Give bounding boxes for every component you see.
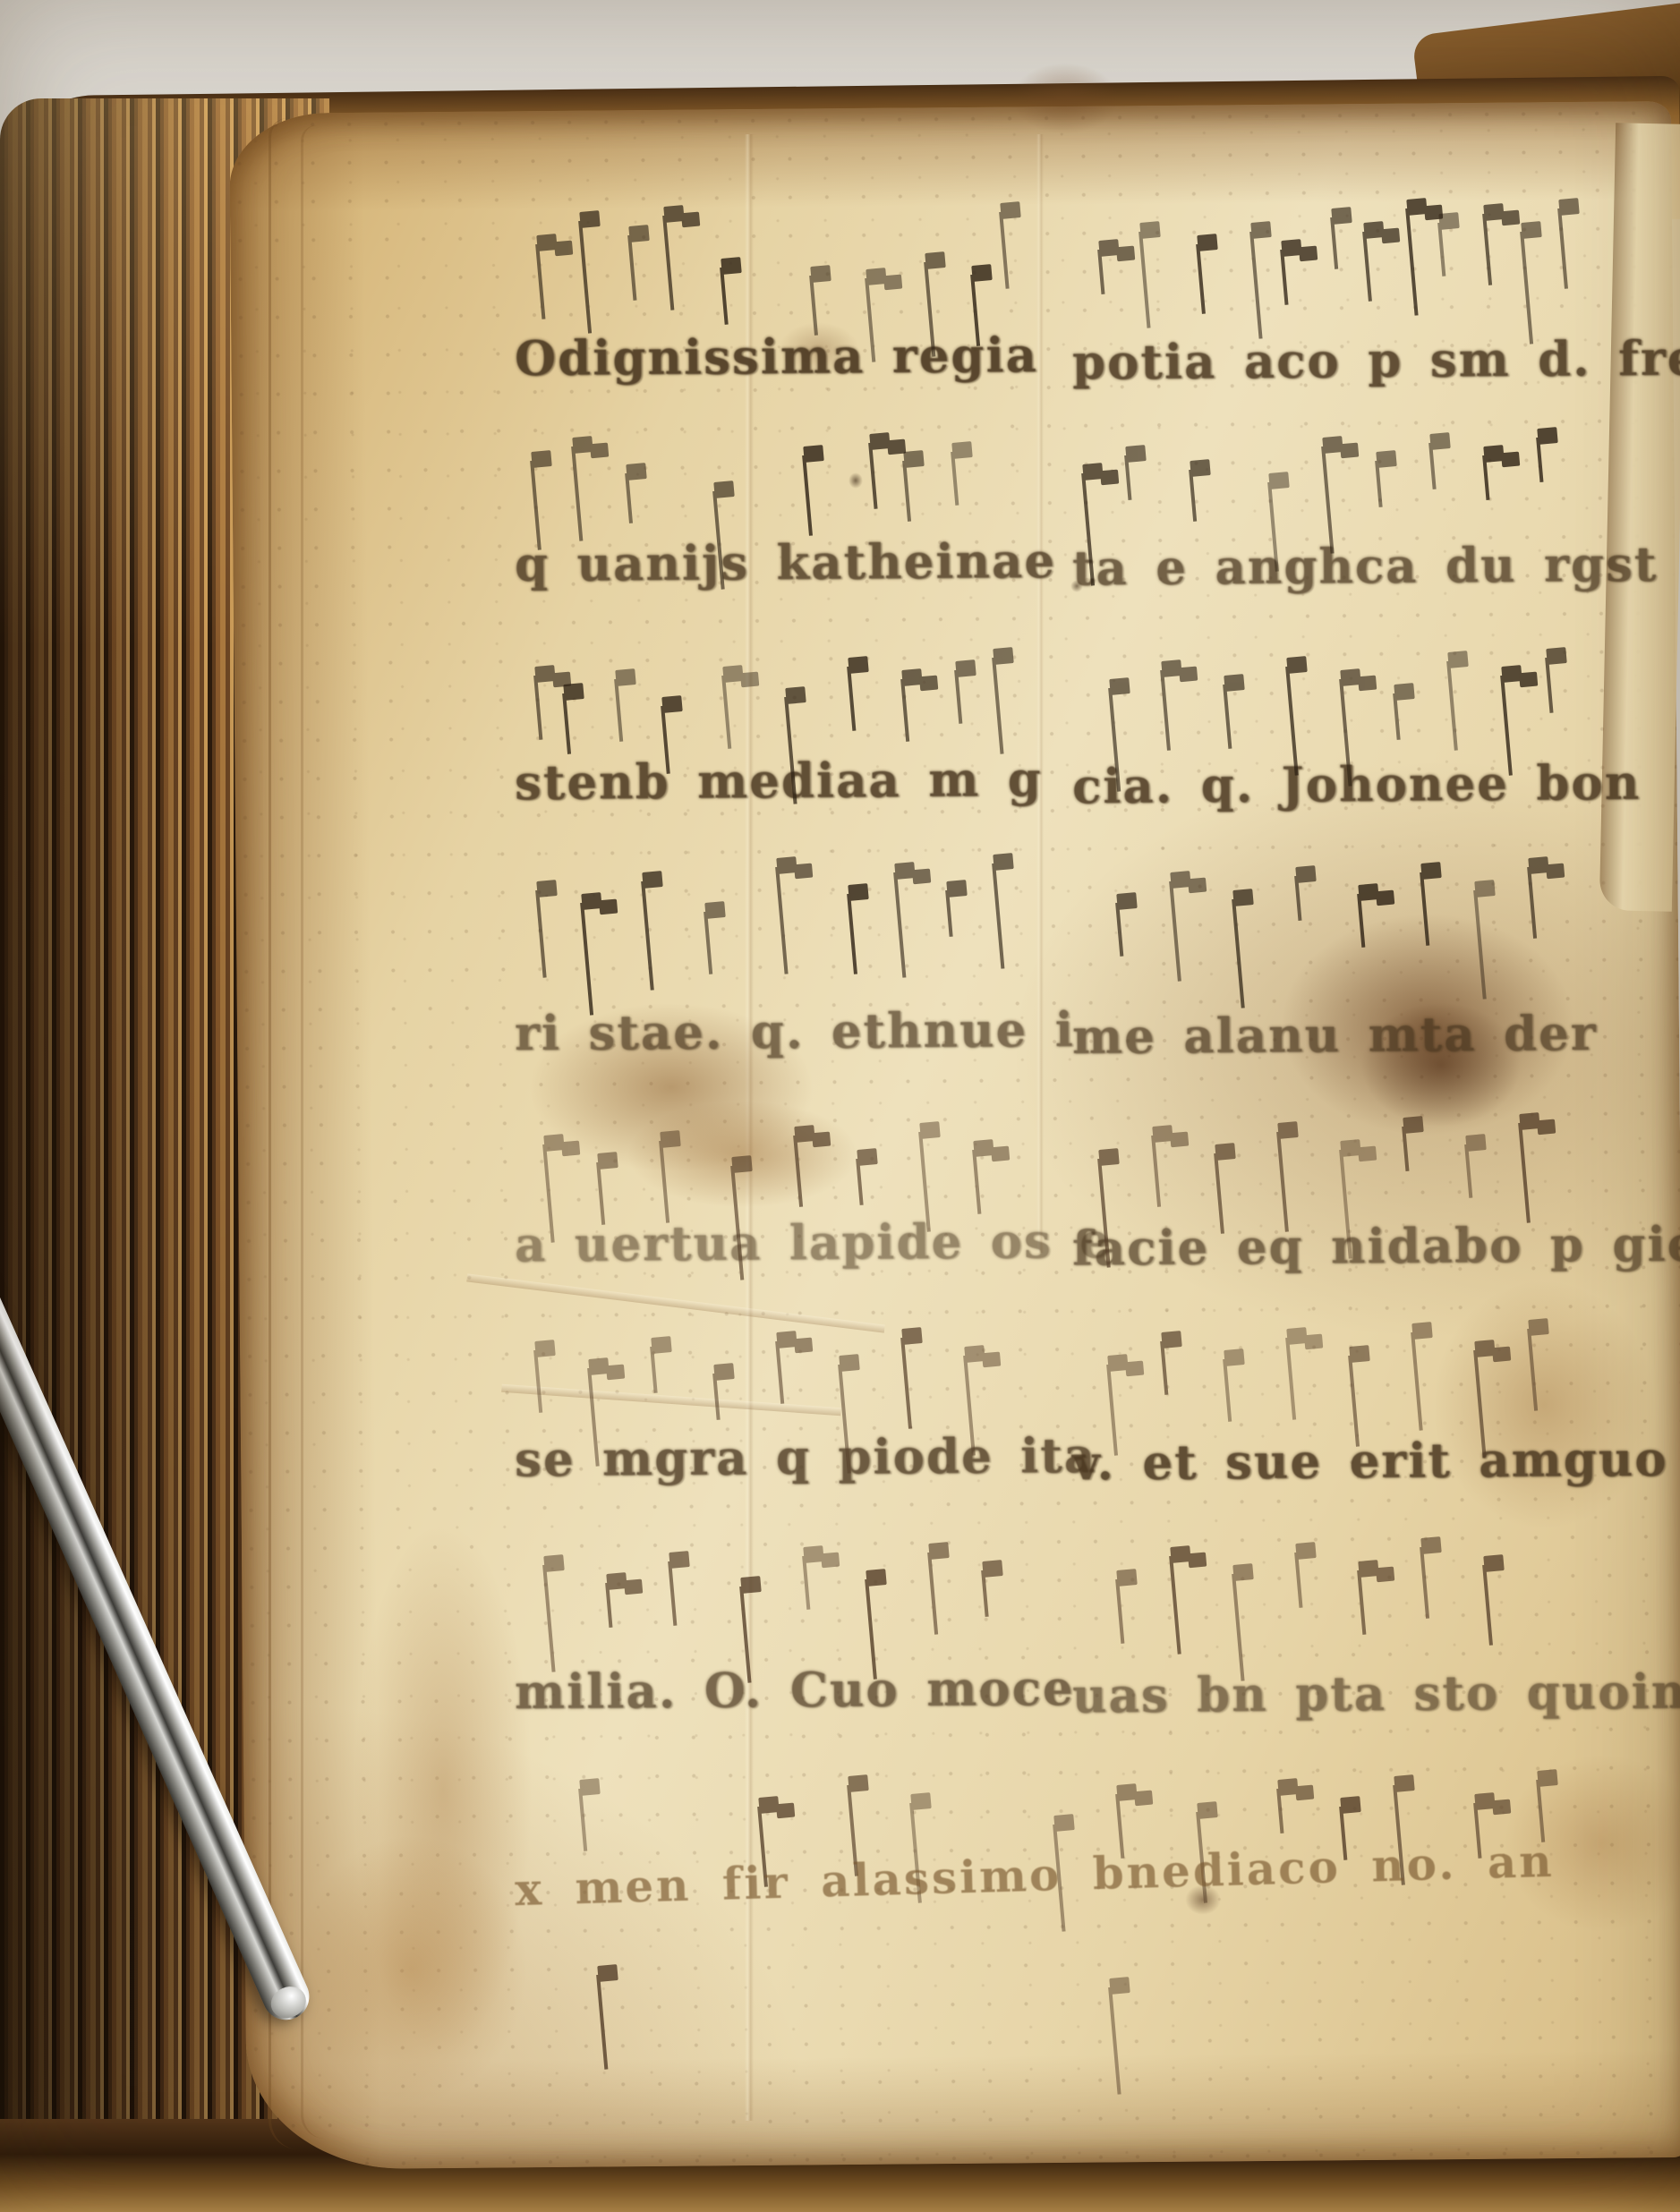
neume-mark: [839, 1354, 859, 1372]
neume-mark: [543, 1134, 564, 1152]
neume-mark: [951, 441, 972, 459]
neume-mark: [579, 1778, 600, 1796]
neume-mark: [810, 265, 831, 283]
neume-mark: [740, 1576, 761, 1594]
neume-mark: [1537, 427, 1557, 445]
neume-mark: [894, 862, 915, 880]
neume-mark: [1295, 1542, 1316, 1560]
neume-mark: [531, 450, 551, 468]
neume-mark: [1281, 239, 1301, 257]
neume-mark: [606, 1572, 627, 1590]
neume-mark: [1082, 463, 1103, 481]
neume-mark: [901, 668, 922, 686]
neume-mark: [928, 1542, 949, 1560]
neume-mark: [1152, 1125, 1173, 1143]
neume-mark: [1286, 656, 1307, 674]
neume-mark: [776, 1331, 797, 1348]
neume-mark: [1363, 221, 1384, 239]
neume-mark: [1232, 889, 1253, 906]
neume-mark: [1537, 1769, 1557, 1787]
neume-mark: [1521, 221, 1541, 239]
neume-mark: [721, 257, 741, 275]
neume-mark: [1376, 450, 1396, 468]
neume-mark: [1277, 1778, 1298, 1796]
underlying-leaf-edge: [301, 125, 325, 2139]
neume-mark: [1268, 472, 1289, 489]
neume-mark: [964, 1345, 985, 1363]
neume-mark: [572, 436, 593, 454]
neume-mark: [563, 683, 584, 701]
neume-mark: [794, 1125, 814, 1143]
neume-mark: [1411, 1322, 1432, 1340]
chant-text-line: se mgra q piode ita: [515, 1428, 1097, 1488]
neume-mark: [866, 1569, 886, 1587]
neume-mark: [1125, 445, 1146, 463]
chant-text-line: milia. O. Cuo moce: [515, 1661, 1075, 1720]
neume-mark: [1340, 1796, 1360, 1814]
parchment-stain: [1432, 1280, 1656, 1530]
neume-mark: [713, 481, 734, 498]
neume-mark: [713, 1363, 734, 1381]
neume-mark: [1358, 1560, 1378, 1578]
neume-mark: [1394, 683, 1414, 701]
chant-text-line: ta e anghca du rgst: [1072, 537, 1659, 597]
neume-mark: [848, 883, 868, 901]
neume-mark: [925, 251, 945, 269]
neume-mark: [1197, 1801, 1217, 1819]
chant-text-line: q uanijs katheinae: [515, 533, 1056, 592]
neume-mark: [1501, 665, 1522, 683]
neume-mark: [982, 1560, 1002, 1578]
neume-mark: [1224, 674, 1244, 692]
parchment-stain: [295, 1834, 528, 2103]
neume-mark: [1098, 239, 1119, 257]
chant-text-line: uas bn pta sto quoin: [1072, 1664, 1680, 1724]
neume-mark: [776, 856, 797, 874]
neume-mark: [536, 234, 557, 251]
neume-mark: [1116, 1569, 1137, 1587]
neume-mark: [1116, 892, 1137, 910]
neume-mark: [1483, 445, 1504, 463]
neume-mark: [971, 264, 992, 282]
neume-mark: [803, 1545, 823, 1563]
neume-mark: [1483, 203, 1504, 221]
neume-mark: [669, 1551, 689, 1569]
neume-mark: [919, 1121, 940, 1139]
neume-mark: [910, 1792, 931, 1810]
chant-text-line: stenb mediaa m g: [515, 752, 1043, 811]
neume-mark: [803, 445, 823, 463]
page-crease: [1036, 134, 1044, 1253]
parchment-stain: [849, 472, 863, 489]
neume-mark: [785, 686, 806, 704]
neume-mark: [588, 1357, 609, 1375]
neume-mark: [869, 432, 890, 450]
neume-mark: [973, 1139, 994, 1157]
chant-text-line: ri stae. q. ethnue i: [515, 1002, 1075, 1061]
neume-mark: [1161, 1331, 1181, 1348]
neume-mark: [642, 871, 662, 889]
neume-mark: [1340, 668, 1360, 686]
neume-mark: [663, 205, 684, 223]
neume-mark: [1286, 1327, 1307, 1345]
neume-mark: [993, 647, 1013, 665]
photo-of-manuscript: Odignissima regiaq uanijs katheinaestenb…: [0, 0, 1680, 2212]
neume-mark: [704, 901, 725, 919]
neume-mark: [1528, 1318, 1548, 1336]
underlying-leaf-edge: [269, 118, 298, 2149]
neume-mark: [955, 659, 976, 677]
chant-text-line: facie eq nidabo p gie: [1072, 1217, 1680, 1277]
neume-mark: [651, 1336, 671, 1354]
neume-mark: [903, 450, 924, 468]
neume-mark: [1438, 212, 1459, 230]
neume-mark: [1465, 1134, 1486, 1152]
neume-mark: [1322, 436, 1343, 454]
neume-mark: [579, 210, 600, 228]
chant-text-line: v. et sue erit amguo: [1072, 1432, 1668, 1492]
neume-mark: [946, 880, 967, 898]
neume-mark: [731, 1155, 752, 1173]
neume-mark: [1546, 647, 1566, 665]
neume-mark: [1483, 1554, 1504, 1572]
chant-text-line: me alanu mta der: [1072, 1006, 1598, 1065]
chant-text-line: cia. q. Johonee bon: [1072, 755, 1642, 814]
neume-mark: [1170, 1545, 1190, 1563]
chant-text-line: potia aco p sm d. fre: [1072, 331, 1680, 391]
neume-mark: [1394, 1774, 1414, 1792]
neume-mark: [1109, 1977, 1130, 1995]
neume-mark: [597, 1964, 618, 1982]
neume-mark: [1053, 1814, 1074, 1832]
neume-mark: [1170, 871, 1190, 889]
neume-mark: [1349, 1345, 1369, 1363]
neume-mark: [1403, 1116, 1423, 1134]
neume-mark: [615, 668, 635, 686]
neume-mark: [661, 695, 682, 713]
neume-mark: [1161, 659, 1181, 677]
neume-mark: [1116, 1783, 1137, 1801]
neume-mark: [1215, 1143, 1235, 1161]
neume-mark: [1474, 880, 1495, 898]
neume-mark: [1139, 221, 1160, 239]
neume-mark: [1340, 1139, 1360, 1157]
neume-mark: [1474, 1792, 1495, 1810]
neume-mark: [1277, 1121, 1298, 1139]
neume-mark: [1558, 198, 1579, 216]
neume-mark: [758, 1796, 779, 1814]
neume-mark: [628, 225, 649, 242]
neume-mark: [1519, 1112, 1539, 1130]
neume-mark: [1528, 856, 1548, 874]
neume-mark: [536, 880, 557, 898]
neume-mark: [1250, 221, 1271, 239]
neume-mark: [1474, 1340, 1495, 1357]
neume-mark: [1420, 1536, 1441, 1554]
neume-mark: [901, 1327, 922, 1345]
neume-mark: [722, 665, 743, 683]
neume-mark: [1447, 651, 1468, 668]
neume-mark: [1000, 201, 1020, 219]
neume-mark: [1109, 677, 1130, 695]
parchment-stain: [1011, 63, 1119, 134]
neume-mark: [1107, 1354, 1128, 1372]
neume-mark: [1406, 198, 1427, 216]
neume-mark: [1098, 1148, 1119, 1166]
neume-mark: [626, 463, 646, 481]
neume-mark: [597, 1152, 618, 1170]
neume-mark: [1232, 1563, 1253, 1581]
neume-mark: [581, 892, 601, 910]
neume-mark: [543, 1554, 564, 1572]
neume-mark: [848, 656, 868, 674]
neume-mark: [848, 1774, 868, 1792]
neume-mark: [1190, 459, 1210, 477]
neume-mark: [534, 665, 555, 683]
neume-mark: [1224, 1348, 1244, 1366]
neume-mark: [1331, 207, 1352, 225]
neume-mark: [1358, 883, 1378, 901]
neume-mark: [534, 1340, 555, 1357]
neume-mark: [866, 268, 886, 285]
neume-mark: [1197, 234, 1217, 251]
neume-mark: [1429, 432, 1450, 450]
neume-mark: [660, 1130, 680, 1148]
chant-text-line: Odignissima regia: [515, 328, 1038, 387]
neume-mark: [993, 853, 1013, 871]
neume-mark: [857, 1148, 877, 1166]
neume-mark: [1295, 865, 1316, 883]
neume-mark: [1420, 862, 1441, 880]
